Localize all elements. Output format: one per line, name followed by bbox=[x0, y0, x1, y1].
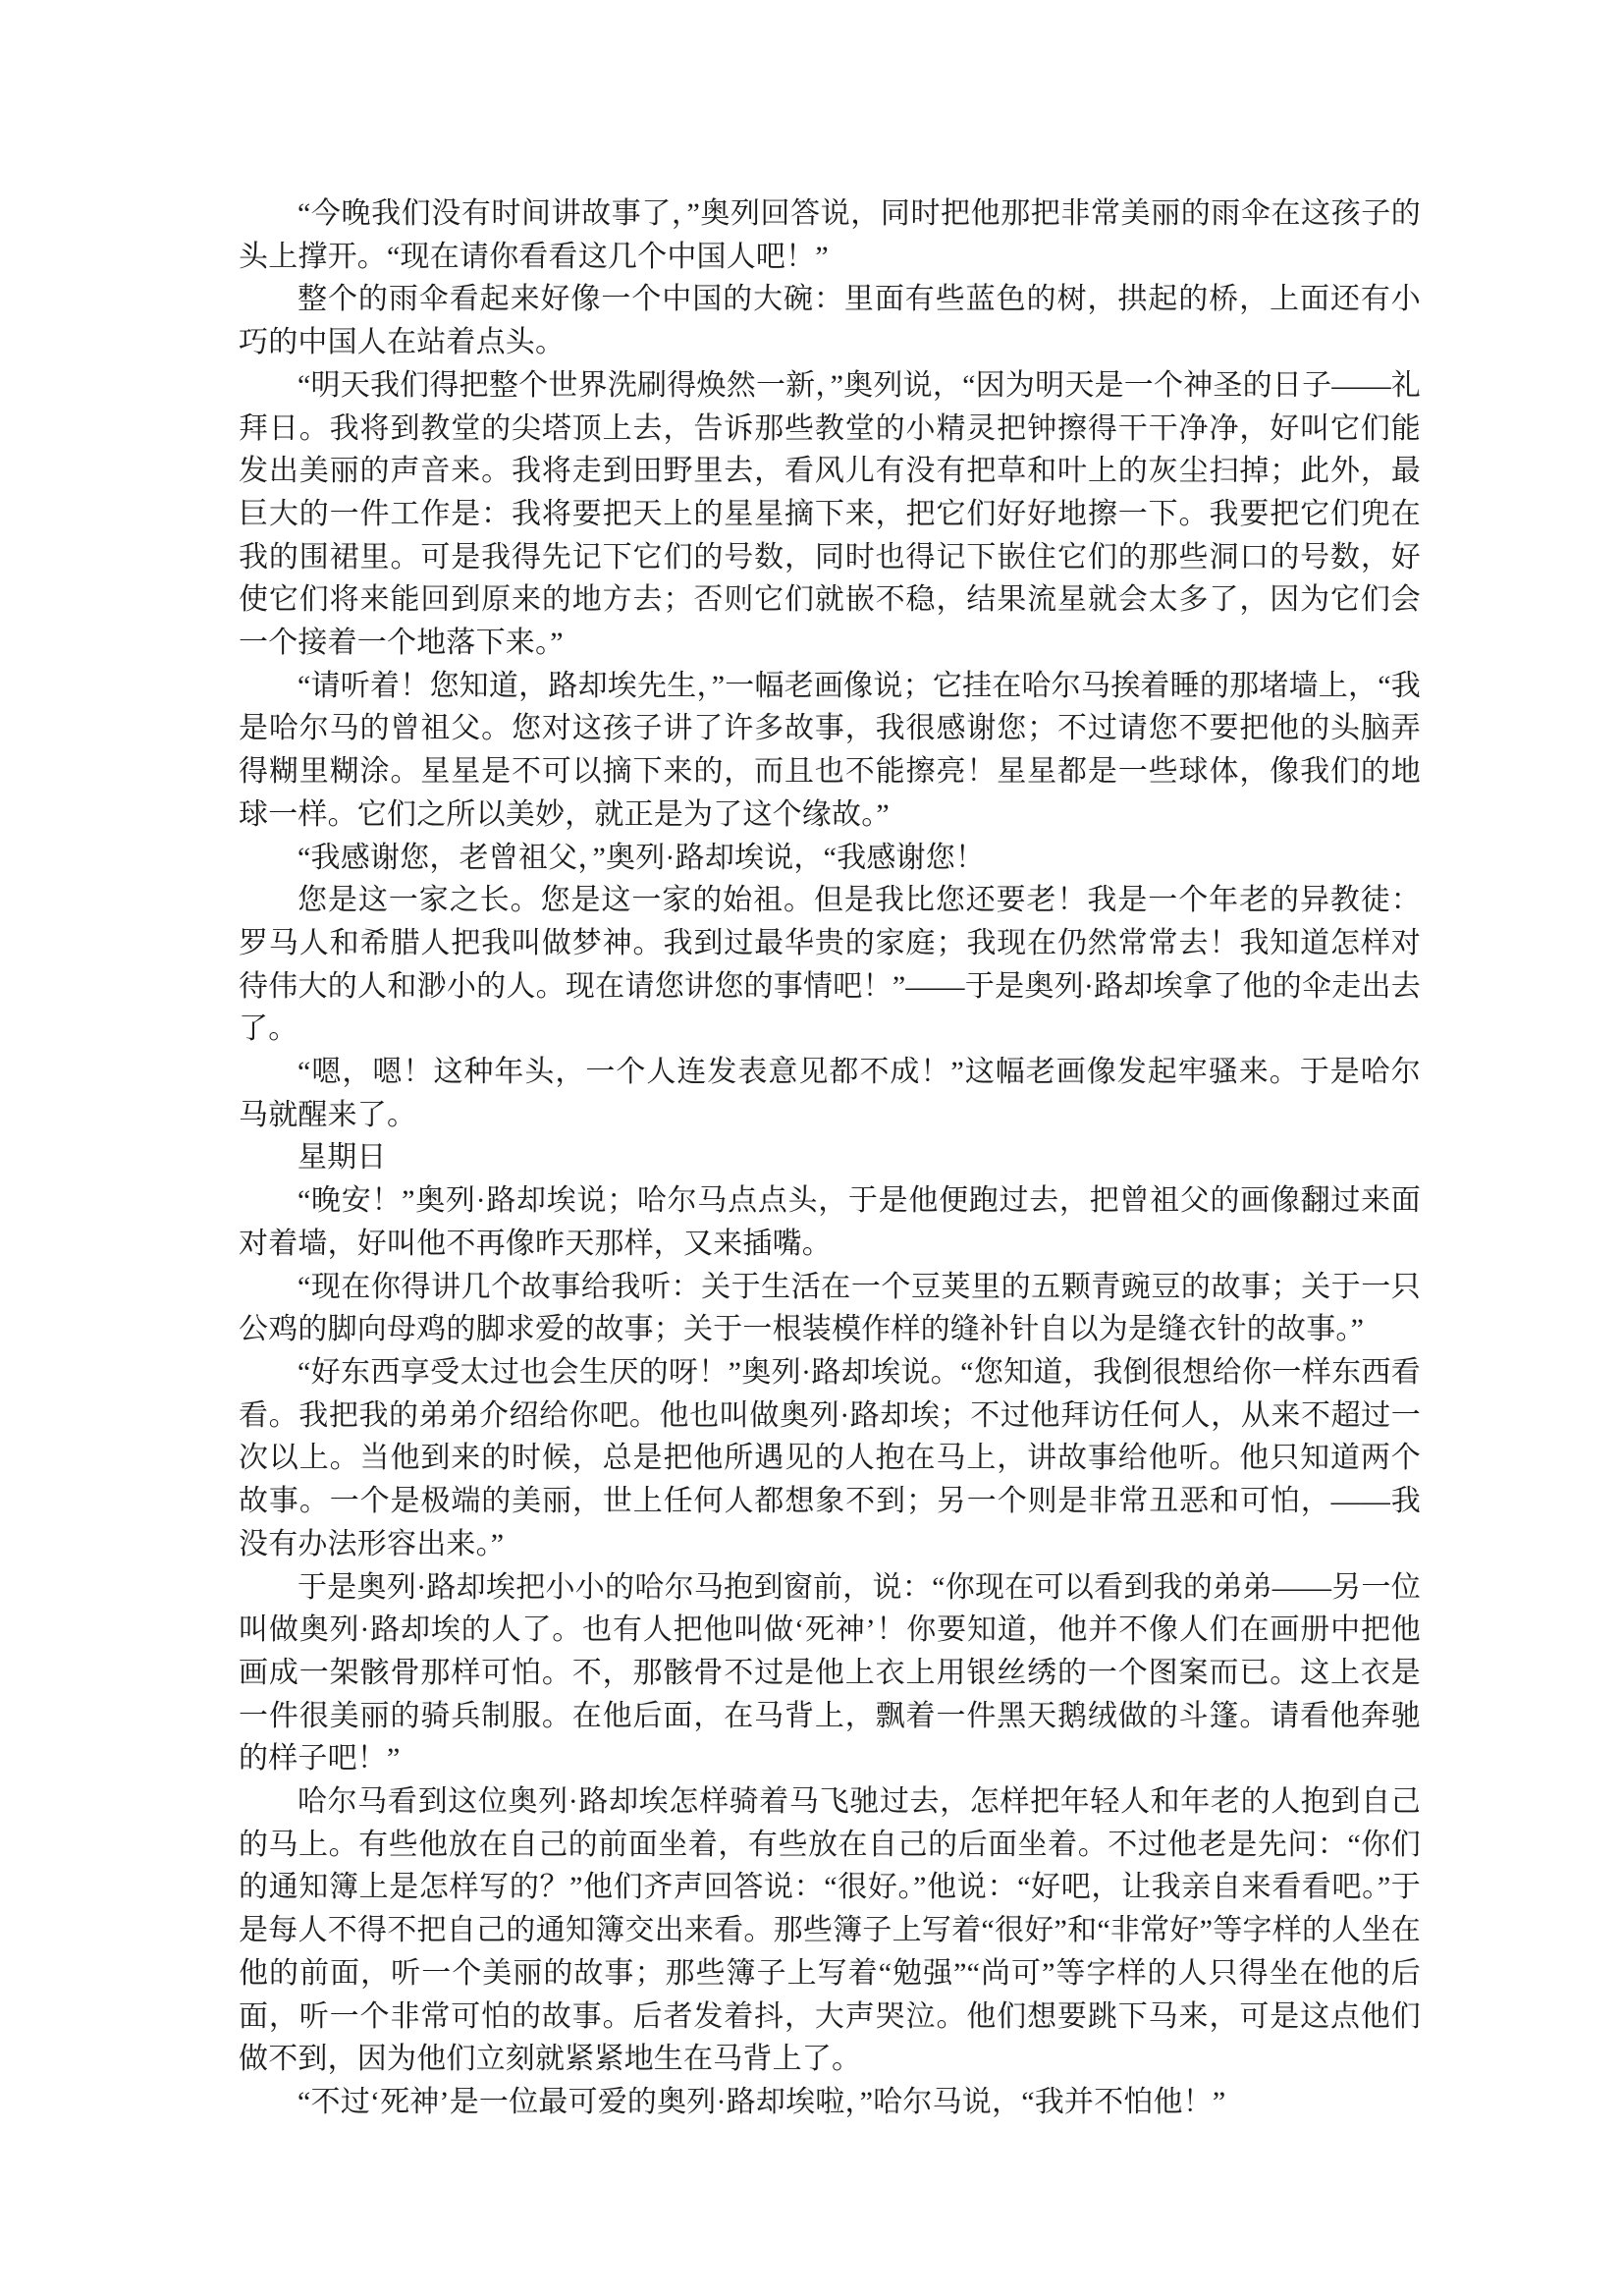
paragraph: 于是奥列·路却埃把小小的哈尔马抱到窗前，说：“你现在可以看到我的弟弟——另一位叫… bbox=[239, 1566, 1421, 1781]
paragraph: 哈尔马看到这位奥列·路却埃怎样骑着马飞驰过去，怎样把年轻人和年老的人抱到自己的马… bbox=[239, 1780, 1421, 2081]
paragraph: “明天我们得把整个世界洗刷得焕然一新，”奥列说，“因为明天是一个神圣的日子——礼… bbox=[239, 364, 1421, 665]
paragraph: “好东西享受太过也会生厌的呀！”奥列·路却埃说。“您知道，我倒很想给你一样东西看… bbox=[239, 1351, 1421, 1566]
paragraph: “晚安！”奥列·路却埃说；哈尔马点点头，于是他便跑过去，把曾祖父的画像翻过来面对… bbox=[239, 1179, 1421, 1265]
paragraph: “请听着！您知道，路却埃先生，”一幅老画像说；它挂在哈尔马挨着睡的那堵墙上，“我… bbox=[239, 665, 1421, 837]
paragraph: “今晚我们没有时间讲故事了，”奥列回答说，同时把他那把非常美丽的雨伞在这孩子的头… bbox=[239, 192, 1421, 278]
paragraph: 您是这一家之长。您是这一家的始祖。但是我比您还要老！我是一个年老的异教徒：罗马人… bbox=[239, 879, 1421, 1051]
paragraph: “现在你得讲几个故事给我听：关于生活在一个豆荚里的五颗青豌豆的故事；关于一只公鸡… bbox=[239, 1266, 1421, 1351]
paragraph: “不过‘死神’是一位最可爱的奥列·路却埃啦，”哈尔马说，“我并不怕他！” bbox=[239, 2081, 1421, 2124]
paragraph: 整个的雨伞看起来好像一个中国的大碗：里面有些蓝色的树，拱起的桥，上面还有小巧的中… bbox=[239, 278, 1421, 363]
paragraph: “我感谢您，老曾祖父，”奥列·路却埃说，“我感谢您！ bbox=[239, 837, 1421, 880]
paragraph: 星期日 bbox=[239, 1136, 1421, 1179]
paragraph: “嗯，嗯！这种年头，一个人连发表意见都不成！”这幅老画像发起牢骚来。于是哈尔马就… bbox=[239, 1051, 1421, 1136]
text-block: “今晚我们没有时间讲故事了，”奥列回答说，同时把他那把非常美丽的雨伞在这孩子的头… bbox=[239, 192, 1421, 2124]
document-page: “今晚我们没有时间讲故事了，”奥列回答说，同时把他那把非常美丽的雨伞在这孩子的头… bbox=[0, 0, 1623, 2296]
